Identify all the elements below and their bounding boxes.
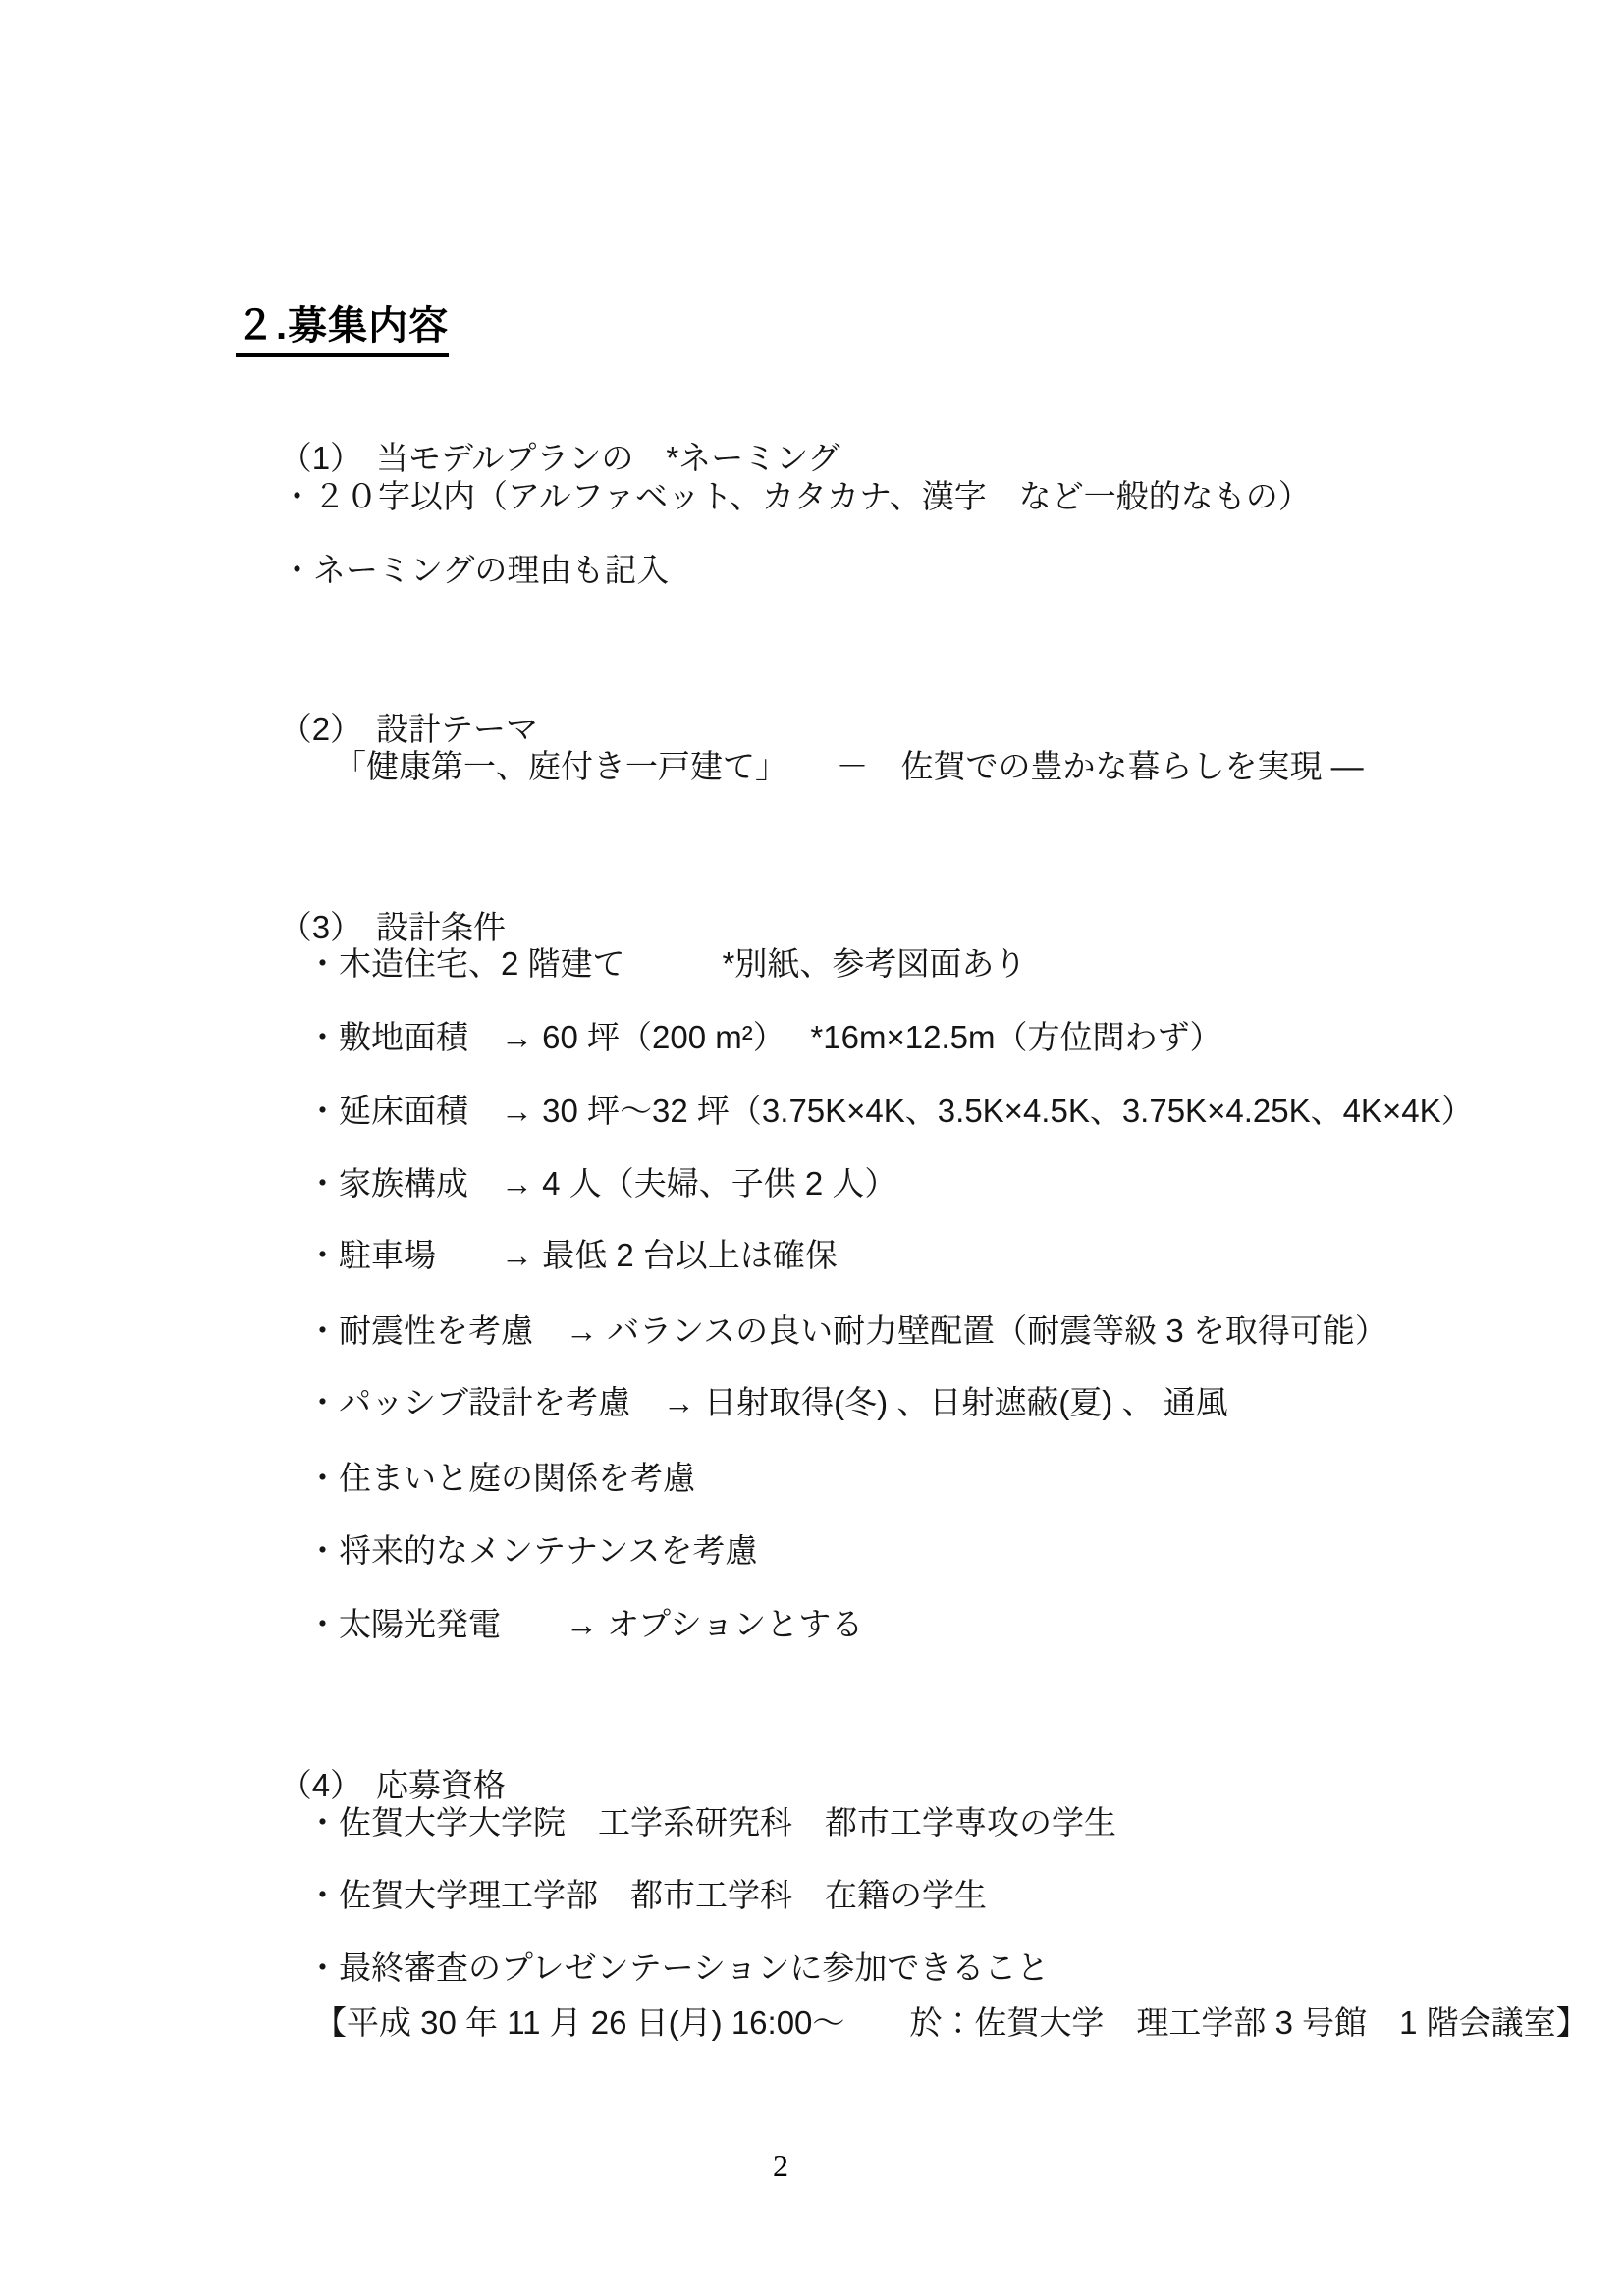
section-3-title: 設計条件 bbox=[376, 909, 506, 945]
list-item: ・住まいと庭の関係を考慮 bbox=[306, 1460, 695, 1497]
design-theme-text: 「健康第一、庭付き一戸建て」 － 佐賀での豊かな暮らしを実現 ― bbox=[334, 748, 1364, 785]
list-item: ・ネーミングの理由も記入 bbox=[281, 552, 669, 589]
list-item: ・太陽光発電 → オプションとする bbox=[306, 1606, 863, 1643]
list-item: ・佐賀大学理工学部 都市工学科 在籍の学生 bbox=[306, 1877, 987, 1914]
list-item: ・将来的なメンテナンスを考慮 bbox=[306, 1532, 757, 1570]
list-item: ・駐車場 → 最低 2 台以上は確保 bbox=[306, 1237, 838, 1274]
list-item: ・２０字以内（アルファベット、カタカナ、漢字 など一般的なもの） bbox=[281, 478, 1311, 515]
list-item: ・佐賀大学大学院 工学系研究科 都市工学専攻の学生 bbox=[306, 1804, 1116, 1842]
list-item: ・敷地面積 → 60 坪（200 m²） *16m×12.5m（方位問わず） bbox=[306, 1019, 1221, 1056]
final-review-schedule-note: 【平成 30 年 11 月 26 日(月) 16:00～ 於：佐賀大学 理工学部… bbox=[314, 2004, 1589, 2042]
page-title: ２.募集内容 bbox=[236, 294, 449, 357]
section-4-number: （4） bbox=[280, 1767, 362, 1803]
list-item: ・家族構成 → 4 人（夫婦、子供 2 人） bbox=[306, 1165, 896, 1202]
section-1-number: （1） bbox=[280, 440, 362, 476]
document-page: ２.募集内容 （1）当モデルプランの *ネーミング ・２０字以内（アルファベット… bbox=[0, 0, 1624, 2296]
list-item: ・パッシブ設計を考慮 → 日射取得(冬) 、日射遮蔽(夏) 、 通風 bbox=[306, 1384, 1228, 1421]
section-4-title: 応募資格 bbox=[376, 1767, 506, 1803]
list-item: ・木造住宅、2 階建て *別紙、参考図面あり bbox=[306, 945, 1026, 983]
list-item: ・最終審査のプレゼンテーションに参加できること bbox=[306, 1949, 1049, 1987]
page-number: 2 bbox=[0, 2148, 1561, 2184]
section-3-number: （3） bbox=[280, 909, 362, 945]
section-2-number: （2） bbox=[280, 711, 362, 747]
list-item: ・耐震性を考慮 → バランスの良い耐力壁配置（耐震等級 3 を取得可能） bbox=[306, 1312, 1387, 1350]
list-item: ・延床面積 → 30 坪～32 坪（3.75K×4K、3.5K×4.5K、3.7… bbox=[306, 1093, 1474, 1130]
section-1-title: 当モデルプランの *ネーミング bbox=[376, 440, 840, 476]
section-2-title: 設計テーマ bbox=[376, 711, 538, 747]
